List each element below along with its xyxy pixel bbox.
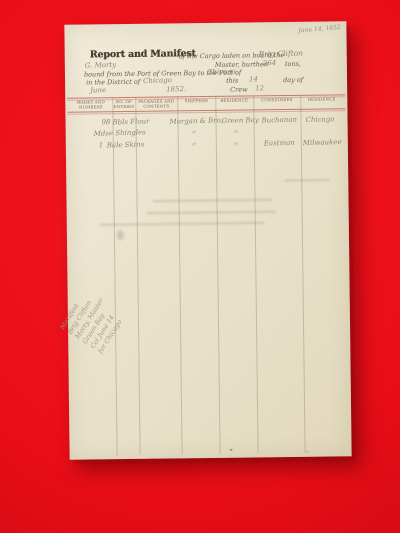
destination-port: Chicago [207,67,236,76]
row1-shippers-residence: Green Bay [221,116,258,125]
row1-entries: 98 [101,118,110,126]
paper-speck [307,451,309,453]
column-header-residence: RESIDENCE [215,98,253,108]
row1-shippers: Morgan & Bro, [169,116,223,126]
column-header-entries: NO. OF ENTRIES [112,100,135,109]
row2-marks: Mdse Shingles [94,128,146,138]
ink-bleed-ghost [147,210,277,215]
ink-bleed-ghost [284,179,330,183]
row1-consignees-residence: Chicago [305,115,334,124]
master-name: G. Morty [85,61,117,70]
day-value: 14 [249,75,258,83]
column-header-shippers: SHIPPERS [177,99,215,109]
row3-residence-ditto: 〃 [232,140,239,150]
row1-contents: Bbls Flour [112,117,149,126]
year-value: 1852. [166,85,186,94]
column-divider [215,96,220,454]
district-label: in the District of [86,78,140,87]
district-value: Chicago [143,76,172,85]
paper-speck [230,449,233,451]
crew-value: 12 [255,84,264,92]
column-header-consignees: CONSIGNEES [253,98,300,108]
row3-consignees-residence: Milwaukee [303,138,342,147]
crew-label: Crew [230,86,248,94]
day-of-label: day of [283,76,303,84]
row1-consignees: Buchanan [261,116,297,125]
row3-consignees: Eastman [264,139,295,148]
vessel-name: Brig Clifton [259,48,304,58]
row2-residence-ditto: 〃 [232,128,239,138]
column-divider [177,96,182,454]
month-value: June [90,86,106,94]
column-divider [300,95,305,453]
column-header-marks: MARKS AND NUMBERS [69,100,112,110]
column-header-packages: PACKAGES AND CONTENTS [135,99,177,109]
ink-bleed-ghost [100,221,265,226]
row2-shippers-ditto: 〃 [190,128,197,138]
row3-shippers-ditto: 〃 [190,140,197,150]
row3-contents: Bale Skins [107,140,145,149]
docket-endorsement: Manifest Brig Clifton Morty, Master Gree… [58,227,167,356]
penciled-corner-date: Janu 14, 1852 [298,24,341,34]
row3-entries: 1 [99,141,104,149]
tons-value: 264 [263,59,277,67]
manifest-document: Janu 14, 1852 Report and Manifest of the… [64,21,351,459]
column-divider [253,95,258,453]
this-label: this [226,77,238,85]
photo-background: Janu 14, 1852 Report and Manifest of the… [0,0,400,533]
column-header-residence-2: RESIDENCE [300,97,343,107]
tons-label: tons, [285,60,301,68]
